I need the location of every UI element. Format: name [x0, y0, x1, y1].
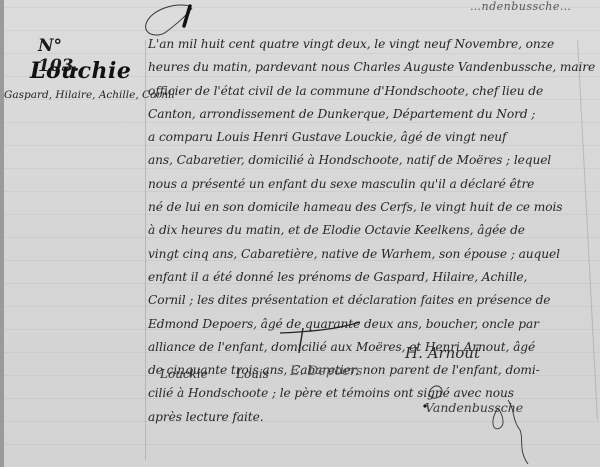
body-line: à dix heures du matin, et de Elodie Octa…: [148, 219, 588, 242]
body-line: officier de l'état civil de la commune d…: [148, 80, 588, 103]
body-line: nous a présenté un enfant du sexe mascul…: [148, 173, 588, 196]
body-line: enfant il a été donné les prénoms de Gas…: [148, 266, 588, 289]
body-line: heures du matin, pardevant nous Charles …: [148, 56, 588, 79]
body-line: né de lui en son domicile hameau des Cer…: [148, 196, 588, 219]
body-line: ans, Cabaretier, domicilié à Hondschoote…: [148, 149, 588, 172]
body-line: de cinquante trois ans, Cabaretier, non …: [148, 359, 588, 382]
previous-act-signature-remnant: …ndenbussche…: [470, 0, 571, 13]
body-line: vingt cinq ans, Cabaretière, native de W…: [148, 243, 588, 266]
body-line: Canton, arrondissement de Dunkerque, Dép…: [148, 103, 588, 126]
signature-father-given: Louis: [236, 367, 269, 381]
closing-flourish-icon: [275, 318, 375, 358]
signature-father: Louckie: [160, 367, 208, 381]
mayor-paraph-icon: [420, 380, 540, 467]
act-surname: Louchie: [30, 58, 131, 84]
page-left-edge: [0, 0, 4, 467]
signature-witness-depoers: E. Depoers: [290, 364, 363, 379]
body-line: a comparu Louis Henri Gustave Louckie, â…: [148, 126, 588, 149]
body-line: Cornil ; les dites présentation et décla…: [148, 289, 588, 312]
signature-witness-arnout: H. Arnout: [405, 344, 480, 362]
act-body: L'an mil huit cent quatre vingt deux, le…: [148, 33, 588, 429]
margin-rule: [145, 40, 146, 460]
body-line: L'an mil huit cent quatre vingt deux, le…: [148, 33, 588, 56]
